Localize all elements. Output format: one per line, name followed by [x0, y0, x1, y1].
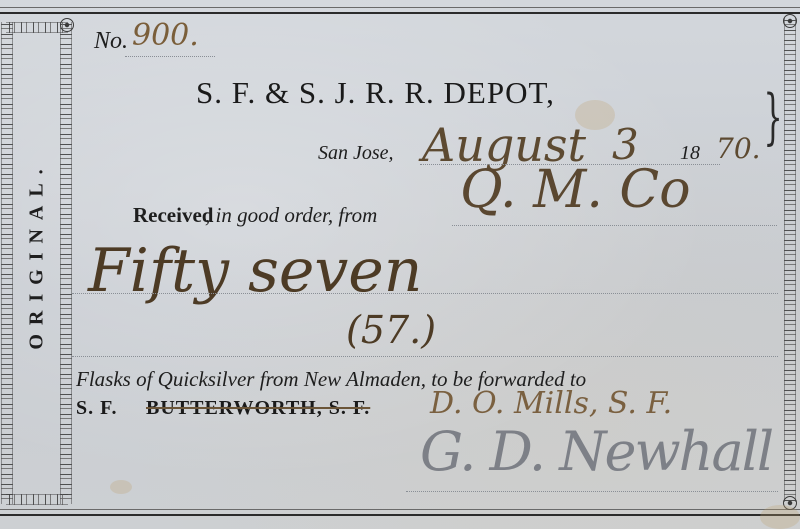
- bottom-rule-thin: [0, 509, 800, 510]
- receipt-number-value: 900.: [132, 18, 199, 53]
- signature-line: [406, 491, 778, 492]
- received-from-line: [452, 225, 777, 226]
- receipt-number-label: No.: [94, 28, 128, 55]
- amount-number-line: [72, 356, 778, 357]
- destination-struck-out: BUTTERWORTH, S. F.: [146, 397, 370, 420]
- bottom-rule-thick: [0, 514, 800, 516]
- agent-signature: G. D. Newhall: [420, 420, 772, 483]
- receipt-document: ORIGINAL. No. 900. S. F. & S. J. R. R. D…: [0, 0, 800, 529]
- amount-in-words: Fifty seven: [88, 236, 422, 306]
- paper-stain: [110, 480, 132, 494]
- paper-stain: [760, 505, 800, 529]
- amount-in-numbers: (57.): [346, 308, 436, 352]
- left-top-ornament-border: [6, 22, 68, 33]
- received-blackletter: Received: [133, 203, 213, 228]
- original-label-text: ORIGINAL.: [26, 160, 49, 349]
- receipt-number-line: [125, 56, 215, 57]
- amount-words-line: [72, 293, 778, 294]
- received-from-value: Q. M. Co: [460, 160, 691, 220]
- top-rule-thick: [0, 12, 800, 14]
- right-ornament-border: [784, 18, 796, 502]
- left-inner-ornament-border: [60, 22, 72, 504]
- place-label: San Jose,: [318, 142, 394, 165]
- corner-rosette-icon: [60, 18, 74, 32]
- consignee-handwritten: D. O. Mills, S. F.: [430, 386, 672, 421]
- top-rule-thin: [0, 7, 800, 8]
- brace-ornament: }: [764, 82, 783, 152]
- depot-heading: S. F. & S. J. R. R. DEPOT,: [196, 75, 555, 111]
- left-bottom-ornament-border: [6, 494, 68, 505]
- original-side-label: ORIGINAL.: [22, 100, 52, 410]
- left-outer-ornament-border: [1, 22, 13, 504]
- corner-rosette-icon: [783, 14, 797, 28]
- paper-stain: [575, 100, 615, 130]
- received-text: , in good order, from: [205, 203, 377, 228]
- destination-prefix: S. F.: [76, 397, 118, 420]
- date-year-suffix: 70.: [716, 132, 761, 165]
